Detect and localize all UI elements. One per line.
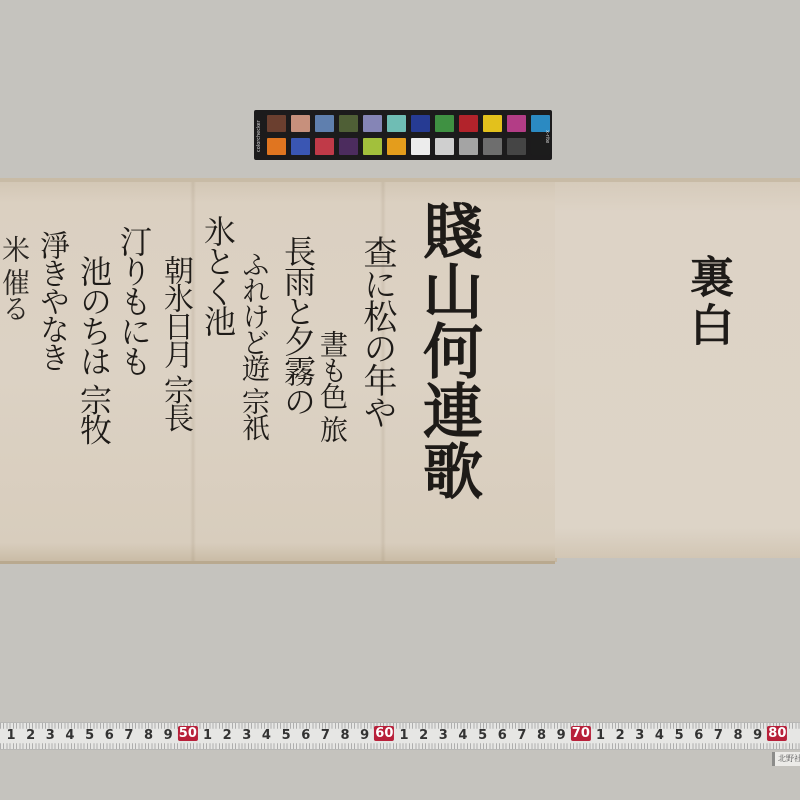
ruler-number: 8 [144, 728, 153, 743]
ruler-number: 6 [694, 728, 703, 743]
ruler-number: 7 [124, 728, 133, 743]
ruler-number: 5 [282, 728, 291, 743]
color-patch [483, 138, 502, 155]
ruler-number: 3 [242, 728, 251, 743]
ruler-number: 7 [517, 728, 526, 743]
color-patch [339, 138, 358, 155]
cover-label-urajiro: 裏白 [685, 254, 729, 350]
text-column-7: 汀りもにも [118, 225, 150, 375]
ruler-number: 4 [262, 728, 271, 743]
text-column-10: 米 催る [0, 235, 28, 320]
ruler-number: 6 [105, 728, 114, 743]
manuscript-sheet-text: 賤山何連歌 查に松の年や 晝も色 旅 長雨と夕霧の ふれけど遊 宗祇 氷とく池 … [0, 180, 557, 562]
color-patch [387, 115, 406, 132]
ruler-number: 5 [478, 728, 487, 743]
manuscript-sheet-cover: 裏白 [555, 182, 800, 558]
ruler-number: 4 [458, 728, 467, 743]
color-patch [507, 115, 526, 132]
color-patch [411, 138, 430, 155]
ruler-number: 5 [85, 728, 94, 743]
ruler-number: 3 [46, 728, 55, 743]
ruler-numbers: 1234567895012345678960123456789701234567… [0, 726, 800, 746]
ruler-number: 4 [65, 728, 74, 743]
ruler-number: 8 [734, 728, 743, 743]
ruler-number: 9 [557, 728, 566, 743]
ruler-number: 3 [635, 728, 644, 743]
ruler-number: 4 [655, 728, 664, 743]
text-column-6: 朝氷日月 宗長 [160, 255, 190, 431]
color-patch [387, 138, 406, 155]
color-patch [267, 115, 286, 132]
ruler-number: 9 [360, 728, 369, 743]
text-column-5: 氷とく池 [202, 215, 234, 335]
scroll-bottom-edge [0, 561, 555, 564]
color-patch [291, 138, 310, 155]
ruler-number: 6 [498, 728, 507, 743]
text-column-4: ふれけど遊 宗祇 [240, 250, 268, 439]
color-patch [507, 138, 526, 155]
text-column-9: 淨きやなき [36, 230, 66, 370]
text-column-8: 池のちは 宗牧 [78, 255, 110, 443]
collection-label: 北野社 [772, 752, 800, 766]
ruler-number: 50 [178, 726, 198, 741]
ruler-number: 70 [571, 726, 591, 741]
ruler-number: 2 [616, 728, 625, 743]
color-patch [459, 115, 478, 132]
measuring-tape: 1234567895012345678960123456789701234567… [0, 722, 800, 750]
checker-brand-label: colorchecker [256, 116, 266, 156]
text-column-2: 晝も色 旅 [318, 330, 346, 441]
color-patch [339, 115, 358, 132]
ruler-number: 2 [26, 728, 35, 743]
ruler-number: 9 [753, 728, 762, 743]
color-patch [315, 138, 334, 155]
color-checker-card: colorchecker x-rite [254, 110, 552, 160]
scroll-top-edge [0, 178, 800, 182]
color-patch [435, 115, 454, 132]
ruler-number: 7 [321, 728, 330, 743]
ruler-number: 3 [439, 728, 448, 743]
ruler-number: 1 [203, 728, 212, 743]
ruler-number: 7 [714, 728, 723, 743]
manuscript-scroll: 賤山何連歌 查に松の年や 晝も色 旅 長雨と夕霧の ふれけど遊 宗祇 氷とく池 … [0, 178, 800, 566]
ruler-number: 9 [164, 728, 173, 743]
color-patch [459, 138, 478, 155]
text-column-3: 長雨と夕霧の [282, 235, 314, 415]
ruler-number: 1 [399, 728, 408, 743]
ruler-number: 6 [301, 728, 310, 743]
ruler-number: 5 [675, 728, 684, 743]
color-patch [291, 115, 310, 132]
manuscript-title: 賤山何連歌 [418, 200, 478, 500]
ruler-number: 8 [537, 728, 546, 743]
ruler-number: 2 [419, 728, 428, 743]
xrite-logo: x-rite [542, 124, 550, 150]
color-patch [435, 138, 454, 155]
ruler-number: 80 [767, 726, 787, 741]
color-patch [315, 115, 334, 132]
color-patch [411, 115, 430, 132]
ruler-number: 1 [6, 728, 15, 743]
color-patch [363, 138, 382, 155]
color-patch [363, 115, 382, 132]
ruler-number: 2 [223, 728, 232, 743]
ruler-number: 60 [374, 726, 394, 741]
color-patch-grid [267, 115, 550, 155]
color-patch [267, 138, 286, 155]
ruler-number: 8 [341, 728, 350, 743]
ruler-number: 1 [596, 728, 605, 743]
text-column-1: 查に松の年や [360, 235, 394, 427]
color-patch [483, 115, 502, 132]
